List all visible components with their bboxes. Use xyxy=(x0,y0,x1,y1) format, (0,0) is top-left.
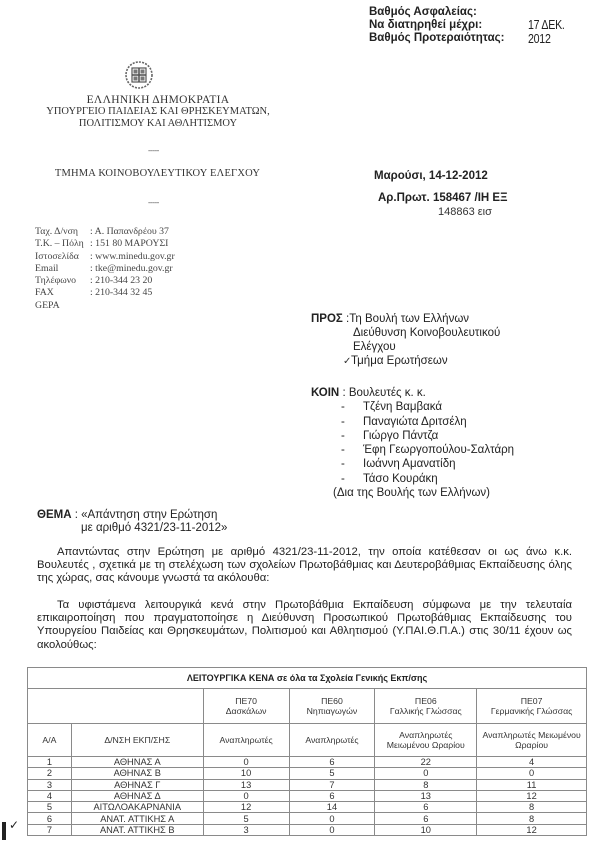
table-cell: ΑΘΗΝΑΣ Δ xyxy=(71,790,203,801)
to-label: ΠΡΟΣ xyxy=(311,313,343,325)
table-cell: 5 xyxy=(28,802,72,813)
contact-value: : 210-344 23 20 xyxy=(90,275,152,287)
to-recipient: Τμήμα Ερωτήσεων xyxy=(351,355,448,367)
table-row: 4ΑΘΗΝΑΣ Δ061312 xyxy=(28,790,587,801)
table-cell: 6 xyxy=(289,790,375,801)
table-cell: 0 xyxy=(203,757,289,768)
ministry-line-2: ΠΟΛΙΤΙΣΜΟΥ ΚΑΙ ΑΘΛΗΤΙΣΜΟΥ xyxy=(38,118,278,130)
table-cell: 22 xyxy=(375,757,477,768)
table-title-rest: σε όλα τα Σχολεία Γενικής Εκπ/σης xyxy=(274,673,427,683)
table-cell: 7 xyxy=(289,779,375,790)
table-cell: 8 xyxy=(375,779,477,790)
cc-member: -Παναγιώτα Δριτσέλη xyxy=(311,415,514,429)
contact-row-phone: Τηλέφωνο: 210-344 23 20 xyxy=(35,275,175,287)
table-cell: 4 xyxy=(477,757,587,768)
table-cell: 12 xyxy=(477,790,587,801)
protocol-number: Αρ.Πρωτ. 158467 /ΙΗ ΕΞ xyxy=(378,192,507,204)
greek-coat-of-arms-icon xyxy=(124,60,154,90)
table-cell: 8 xyxy=(477,813,587,824)
letterhead: ΕΛΛΗΝΙΚΗ ΔΗΜΟΚΡΑΤΙΑ ΥΠΟΥΡΓΕΙΟ ΠΑΙΔΕΙΑΣ Κ… xyxy=(38,94,278,130)
table-cell: ΑΝΑΤ. ΑΤΤΙΚΗΣ Α xyxy=(71,813,203,824)
table-cell: 12 xyxy=(203,802,289,813)
table-cell: 13 xyxy=(203,779,289,790)
contact-row-postal: Τ.Κ. – Πόλη: 151 80 ΜΑΡΟΥΣΙ xyxy=(35,238,175,250)
contact-key: Τ.Κ. – Πόλη xyxy=(35,238,90,250)
column-header: Αναπληρωτές Μειωμένου Ωραρίου xyxy=(477,724,587,757)
contact-key: Email xyxy=(35,263,90,275)
place-date: Μαρούσι, 14-12-2012 xyxy=(374,170,488,182)
cc-member-name: Γιώργο Πάντζα xyxy=(363,429,438,443)
contact-row-email: Email: tke@minedu.gov.gr xyxy=(35,263,175,275)
contact-key: Ταχ. Δ/νση xyxy=(35,226,90,238)
subject-line-2: με αριθμό 4321/23-11-2012» xyxy=(37,522,227,535)
table-row: 3ΑΘΗΝΑΣ Γ137811 xyxy=(28,779,587,790)
cc-member: -Έφη Γεωργοπούλου-Σαλτάρη xyxy=(311,443,514,457)
table-row: 7ΑΝΑΤ. ΑΤΤΙΚΗΣ Β301012 xyxy=(28,824,587,835)
table-cell: 14 xyxy=(289,802,375,813)
priority-label: Βαθμός Προτεραιότητας: xyxy=(369,32,504,45)
cc-label: ΚΟΙΝ xyxy=(311,387,339,399)
email-link[interactable]: : tke@minedu.gov.gr xyxy=(90,263,173,275)
column-header: Αναπληρωτές xyxy=(289,724,375,757)
recipients-to: ΠΡΟΣ :Τη Βουλή των Ελλήνων Διεύθυνση Κοι… xyxy=(311,312,500,369)
separator: ----- xyxy=(148,146,159,155)
contact-key: GEPA xyxy=(35,300,90,312)
table-cell: 8 xyxy=(477,802,587,813)
cc-intro: : Βουλευτές κ. κ. xyxy=(342,387,425,399)
cc-note: (Δια της Βουλής των Ελλήνων) xyxy=(311,486,514,500)
column-header: Α/Α xyxy=(28,724,72,757)
retain-until-label: Να διατηρηθεί μέχρι: xyxy=(369,19,504,32)
to-recipient: :Τη Βουλή των Ελλήνων xyxy=(346,313,469,325)
table-cell: 5 xyxy=(203,813,289,824)
contact-row-gepa: GEPA xyxy=(35,300,175,312)
table-cell: 0 xyxy=(203,790,289,801)
security-level-label: Βαθμός Ασφαλείας: xyxy=(369,6,504,19)
incoming-number: 148863 εισ xyxy=(438,206,492,218)
column-header: Αναπληρωτές xyxy=(203,724,289,757)
subject-line-1: : «Απάντηση στην Ερώτηση xyxy=(75,509,218,521)
specialty-header: ΠΕ07Γερμανικής Γλώσσας xyxy=(477,689,587,724)
cc-member-name: Έφη Γεωργοπούλου-Σαλτάρη xyxy=(363,443,514,457)
column-header: Αναπληρωτές Μειωμένου Ωραρίου xyxy=(375,724,477,757)
table-cell: 4 xyxy=(28,790,72,801)
contact-value: : 210-344 32 45 xyxy=(90,287,152,299)
subject: ΘΕΜΑ : «Απάντηση στην Ερώτηση με αριθμό … xyxy=(37,509,227,535)
table-cell: 11 xyxy=(477,779,587,790)
specialty-header: ΠΕ60Νηπιαγωγών xyxy=(289,689,375,724)
cc-member-name: Τάσο Κουράκη xyxy=(363,472,438,486)
table-cell: 6 xyxy=(289,757,375,768)
body-paragraph: Τα υφιστάμενα λειτουργικά κενά στην Πρωτ… xyxy=(37,599,572,652)
cc-member: -Ιωάννη Αμανατίδη xyxy=(311,457,514,471)
table-row: 2ΑΘΗΝΑΣ Β10500 xyxy=(28,768,587,779)
column-header-row: Α/Α Δ/ΝΣΗ ΕΚΠ/ΣΗΣ Αναπληρωτές Αναπληρωτέ… xyxy=(28,724,587,757)
cc-member: -Τάσο Κουράκη xyxy=(311,472,514,486)
vacancy-table: ΛΕΙΤΟΥΡΓΙΚΑ ΚΕΝΑ σε όλα τα Σχολεία Γενικ… xyxy=(27,667,587,836)
department-name: ΤΜΗΜΑ ΚΟΙΝΟΒΟΥΛΕΥΤΙΚΟΥ ΕΛΕΓΧΟΥ xyxy=(35,168,280,179)
country-name: ΕΛΛΗΝΙΚΗ ΔΗΜΟΚΡΑΤΙΑ xyxy=(38,94,278,106)
contact-key: Τηλέφωνο xyxy=(35,275,90,287)
table-cell: 6 xyxy=(28,813,72,824)
cc-member: -Τζένη Βαμβακά xyxy=(311,400,514,414)
table-title-row: ΛΕΙΤΟΥΡΓΙΚΑ ΚΕΝΑ σε όλα τα Σχολεία Γενικ… xyxy=(28,668,587,689)
table-cell: 10 xyxy=(203,768,289,779)
table-title-bold: ΛΕΙΤΟΥΡΓΙΚΑ ΚΕΝΑ xyxy=(187,673,275,683)
to-recipient: Διεύθυνση Κοινοβουλευτικού xyxy=(311,326,500,340)
table-cell: 0 xyxy=(289,813,375,824)
table-cell: 0 xyxy=(375,768,477,779)
cc-member: -Γιώργο Πάντζα xyxy=(311,429,514,443)
specialty-header: ΠΕ70Δασκάλων xyxy=(203,689,289,724)
table-cell: ΑΝΑΤ. ΑΤΤΙΚΗΣ Β xyxy=(71,824,203,835)
contact-row-website: Ιστοσελίδα: www.minedu.gov.gr xyxy=(35,251,175,263)
table-cell: 0 xyxy=(289,824,375,835)
table-cell: ΑΙΤΩΛΟΑΚΑΡΝΑΝΙΑ xyxy=(71,802,203,813)
recipients-cc: ΚΟΙΝ : Βουλευτές κ. κ. -Τζένη Βαμβακά -Π… xyxy=(311,386,514,500)
table-cell: 2 xyxy=(28,768,72,779)
classification-block: Βαθμός Ασφαλείας: Να διατηρηθεί μέχρι: Β… xyxy=(369,6,504,45)
cc-member-name: Τζένη Βαμβακά xyxy=(363,400,442,414)
cc-member-name: Παναγιώτα Δριτσέλη xyxy=(363,415,467,429)
check-mark-icon: ✓ xyxy=(9,818,19,832)
table-cell: ΑΘΗΝΑΣ Β xyxy=(71,768,203,779)
table-cell: 3 xyxy=(203,824,289,835)
table-cell: 0 xyxy=(477,768,587,779)
margin-mark xyxy=(2,822,6,840)
contact-details: Ταχ. Δ/νση: Α. Παπανδρέου 37 Τ.Κ. – Πόλη… xyxy=(35,226,175,312)
table-row: 6ΑΝΑΤ. ΑΤΤΙΚΗΣ Α5068 xyxy=(28,813,587,824)
body-paragraph: Απαντώντας στην Ερώτηση με αριθμό 4321/2… xyxy=(37,546,572,586)
subject-label: ΘΕΜΑ xyxy=(37,509,72,521)
separator: ----- xyxy=(148,198,159,207)
table-cell: 5 xyxy=(289,768,375,779)
contact-row-fax: FAX: 210-344 32 45 xyxy=(35,287,175,299)
table-cell: ΑΘΗΝΑΣ Γ xyxy=(71,779,203,790)
column-header: Δ/ΝΣΗ ΕΚΠ/ΣΗΣ xyxy=(71,724,203,757)
contact-key: FAX xyxy=(35,287,90,299)
table-cell: 3 xyxy=(28,779,72,790)
contact-value: : Α. Παπανδρέου 37 xyxy=(90,226,169,238)
received-date-stamp: 17 ΔΕΚ. 2012 xyxy=(528,18,589,46)
check-mark-icon: ✓ xyxy=(343,355,351,369)
cc-member-name: Ιωάννη Αμανατίδη xyxy=(363,457,456,471)
contact-row-address: Ταχ. Δ/νση: Α. Παπανδρέου 37 xyxy=(35,226,175,238)
table-cell: 6 xyxy=(375,802,477,813)
table-cell: 10 xyxy=(375,824,477,835)
empty-cell xyxy=(28,689,204,724)
table-cell: 1 xyxy=(28,757,72,768)
specialty-header: ΠΕ06Γαλλικής Γλώσσας xyxy=(375,689,477,724)
table-cell: 7 xyxy=(28,824,72,835)
table-cell: 6 xyxy=(375,813,477,824)
table-cell: 12 xyxy=(477,824,587,835)
table-cell: 13 xyxy=(375,790,477,801)
website-link[interactable]: : www.minedu.gov.gr xyxy=(90,251,175,263)
contact-value: : 151 80 ΜΑΡΟΥΣΙ xyxy=(90,238,168,250)
specialty-header-row: ΠΕ70Δασκάλων ΠΕ60Νηπιαγωγών ΠΕ06Γαλλικής… xyxy=(28,689,587,724)
to-recipient: Ελέγχου xyxy=(311,340,500,354)
ministry-line-1: ΥΠΟΥΡΓΕΙΟ ΠΑΙΔΕΙΑΣ ΚΑΙ ΘΡΗΣΚΕΥΜΑΤΩΝ, xyxy=(38,106,278,118)
table-cell: ΑΘΗΝΑΣ Α xyxy=(71,757,203,768)
table-row: 5ΑΙΤΩΛΟΑΚΑΡΝΑΝΙΑ121468 xyxy=(28,802,587,813)
contact-key: Ιστοσελίδα xyxy=(35,251,90,263)
table-title: ΛΕΙΤΟΥΡΓΙΚΑ ΚΕΝΑ σε όλα τα Σχολεία Γενικ… xyxy=(28,668,587,689)
table-row: 1ΑΘΗΝΑΣ Α06224 xyxy=(28,757,587,768)
